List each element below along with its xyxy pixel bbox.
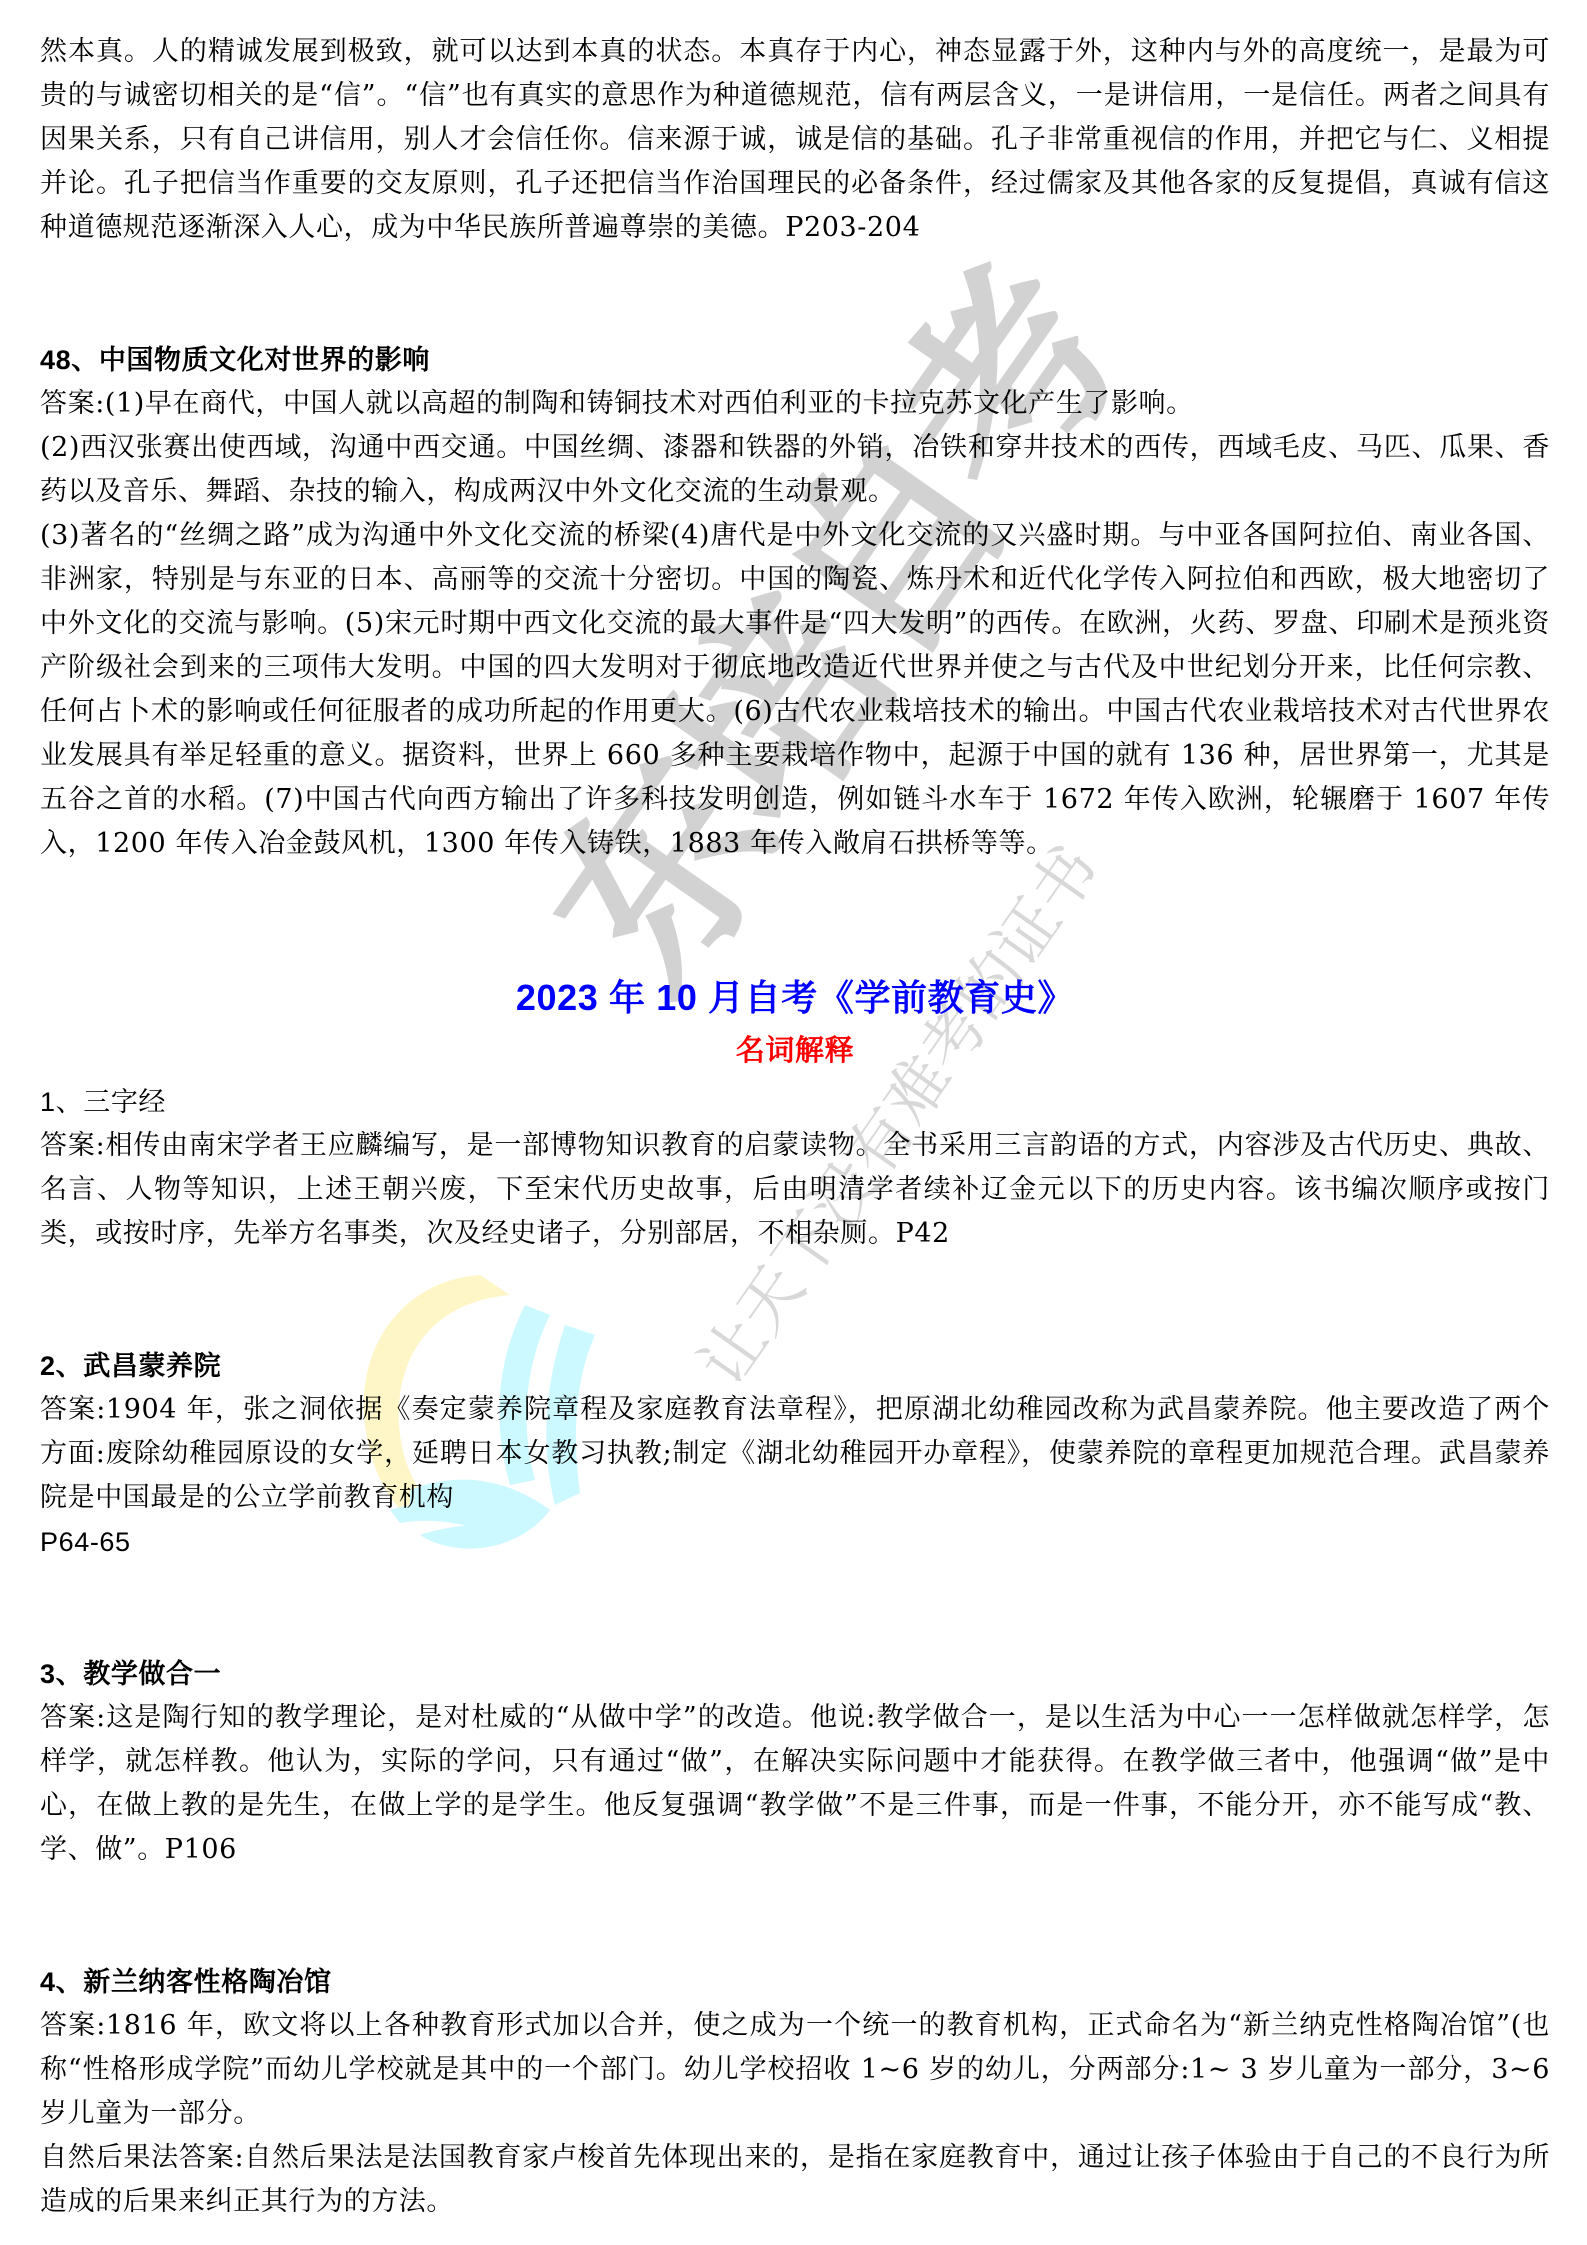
term-1: 1、三字经 答案:相传由南宋学者王应麟编写，是一部博物知识教育的启蒙读物。全书采…	[40, 1080, 1550, 1256]
term-3: 3、教学做合一 答案:这是陶行知的教学理论，是对杜威的“从做中学”的改造。他说:…	[40, 1652, 1550, 1872]
spacer	[40, 250, 1550, 338]
term-4: 4、新兰纳客性格陶冶馆 答案:1816 年，欧文将以上各种教育形式加以合并，使之…	[40, 1960, 1550, 2224]
term-2-answer: 答案:1904 年，张之洞依据《奏定蒙养院章程及家庭教育法章程》，把原湖北幼稚园…	[40, 1388, 1550, 1520]
term-3-heading: 3、教学做合一	[40, 1652, 1550, 1696]
document-page: 然本真。人的精诚发展到极致，就可以达到本真的状态。本真存于内心，神态显露于外，这…	[0, 0, 1587, 2245]
term-1-answer: 答案:相传由南宋学者王应麟编写，是一部博物知识教育的启蒙读物。全书采用三言韵语的…	[40, 1124, 1550, 1256]
question-48-heading: 48、中国物质文化对世界的影响	[40, 338, 1550, 382]
spacer	[40, 1564, 1550, 1652]
question-48-answer-1: 答案:(1)早在商代，中国人就以高超的制陶和铸铜技术对西伯利亚的卡拉克苏文化产生…	[40, 382, 1550, 426]
term-2-page-ref: P64-65	[40, 1520, 1550, 1564]
term-4-extra: 自然后果法答案:自然后果法是法国教育家卢梭首先体现出来的，是指在家庭教育中，通过…	[40, 2136, 1550, 2224]
spacer	[40, 1872, 1550, 1960]
intro-paragraph: 然本真。人的精诚发展到极致，就可以达到本真的状态。本真存于内心，神态显露于外，这…	[40, 30, 1550, 250]
term-4-answer: 答案:1816 年，欧文将以上各种教育形式加以合并，使之成为一个统一的教育机构，…	[40, 2004, 1550, 2136]
document-title: 2023 年 10 月自考《学前教育史》	[40, 970, 1550, 1026]
question-48-answer-2: (2)西汉张赛出使西域，沟通中西交通。中国丝绸、漆器和铁器的外销，冶铁和穿井技术…	[40, 426, 1550, 514]
term-4-heading: 4、新兰纳客性格陶冶馆	[40, 1960, 1550, 2004]
section-subtitle: 名词解释	[40, 1026, 1550, 1074]
term-2: 2、武昌蒙养院 答案:1904 年，张之洞依据《奏定蒙养院章程及家庭教育法章程》…	[40, 1344, 1550, 1564]
term-1-heading: 1、三字经	[40, 1080, 1550, 1124]
question-48-answer-3: (3)著名的“丝绸之路”成为沟通中外文化交流的桥梁(4)唐代是中外文化交流的又兴…	[40, 514, 1550, 866]
term-3-answer: 答案:这是陶行知的教学理论，是对杜威的“从做中学”的改造。他说:教学做合一，是以…	[40, 1696, 1550, 1872]
spacer	[40, 1256, 1550, 1344]
document-content: 然本真。人的精诚发展到极致，就可以达到本真的状态。本真存于内心，神态显露于外，这…	[40, 30, 1550, 2224]
spacer	[40, 866, 1550, 970]
term-2-heading: 2、武昌蒙养院	[40, 1344, 1550, 1388]
question-48: 48、中国物质文化对世界的影响 答案:(1)早在商代，中国人就以高超的制陶和铸铜…	[40, 338, 1550, 866]
